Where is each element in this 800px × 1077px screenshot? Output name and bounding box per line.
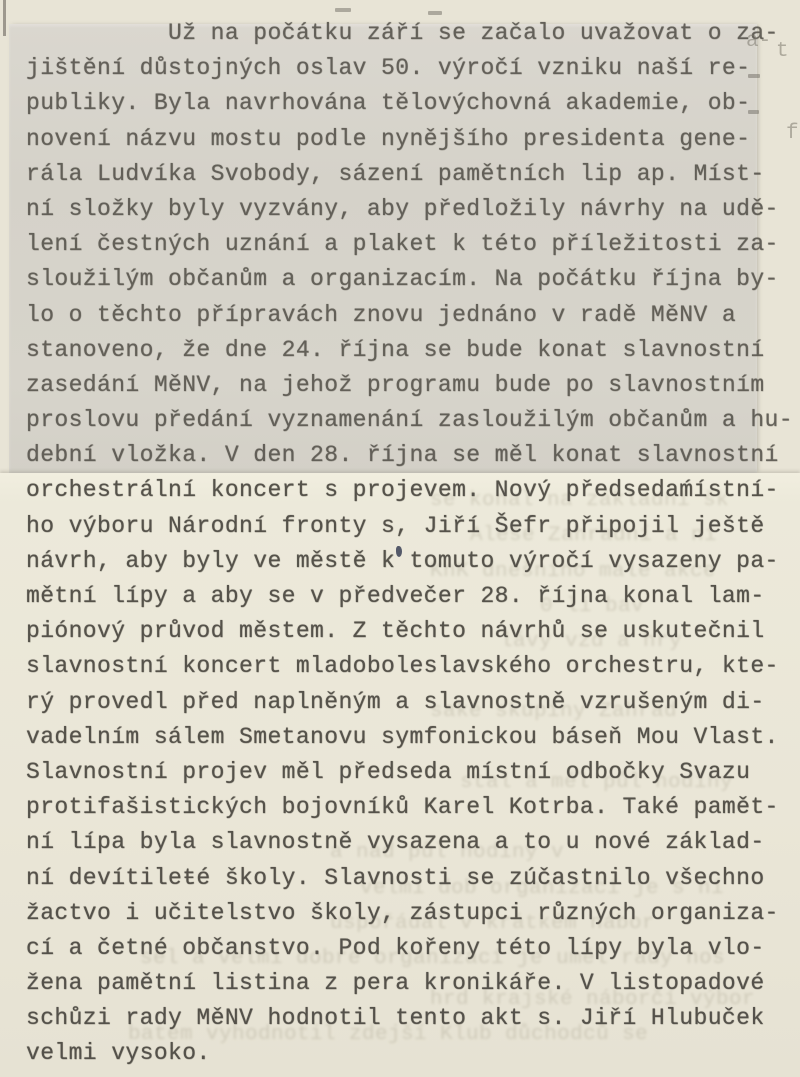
stray-dash-mark [428,11,442,15]
stray-dash-mark [748,74,760,78]
stray-dash-mark [335,8,351,12]
scan-edge-artifacts-layer: a-tf [0,0,800,1077]
stray-character-mark: a- [746,30,771,53]
stray-dash-mark [748,110,759,114]
scan-edge-line [3,0,6,36]
stray-character-mark: t [776,40,789,63]
scanned-document-photo: { "page": { "kind": "typewritten-chronic… [0,0,800,1077]
stray-ink-comma [396,546,402,557]
stray-character-mark: f [786,122,799,145]
